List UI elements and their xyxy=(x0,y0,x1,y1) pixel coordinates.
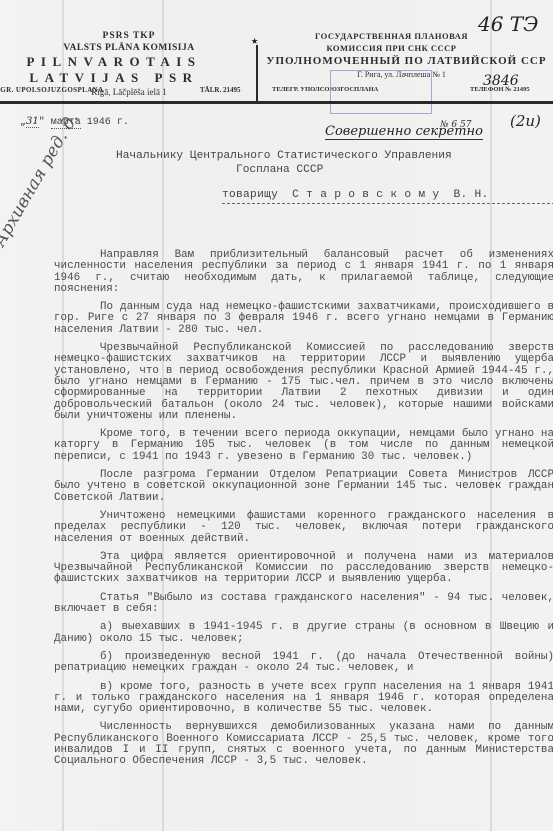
date-day: 31 xyxy=(26,116,39,128)
handwritten-margin-note: Архивная ред. д. xyxy=(0,109,83,250)
addressee-line: Госплана СССР xyxy=(236,164,553,176)
paragraph: Уничтожено немецкими фашистами коренного… xyxy=(54,511,553,545)
letterhead-line: КОМИССИЯ ПРИ СНК СССР xyxy=(230,42,553,54)
handwritten-corner-number: 46 ТЭ xyxy=(478,12,538,36)
paragraph: После разгрома Германии Отделом Репатриа… xyxy=(54,470,553,504)
letterhead-title: УПОЛНОМОЧЕННЫЙ ПО ЛАТВИЙСКОЙ ССР xyxy=(260,54,553,69)
handwritten-page-mark: (2и) xyxy=(510,112,541,130)
addressee-name: товарищу С т а р о в с к о м у В. Н. xyxy=(222,189,553,204)
paragraph: Кроме того, в течении всего периода окку… xyxy=(54,429,553,463)
letterhead-line: PSRS TKP xyxy=(0,30,258,42)
paragraph: Эта цифра является ориентировочной и пол… xyxy=(54,552,553,586)
letterhead-line: VALSTS PLĀNA KOMISIJA xyxy=(0,42,258,54)
letterhead-latvian: PSRS TKP VALSTS PLĀNA KOMISIJA PILNVAROT… xyxy=(0,30,258,99)
paragraph: По данным суда над немецко-фашистскими з… xyxy=(54,302,553,336)
paragraph: Направляя Вам приблизительный балансовый… xyxy=(54,250,553,295)
letterhead-phone: TĀLR. 21495 xyxy=(200,86,240,94)
letterhead-telegraph: TELEGR. UPOLSOJUZGOSPLANA xyxy=(0,86,104,94)
paragraph: Статья "Выбыло из состава гражданского н… xyxy=(54,593,553,616)
handwritten-registry-number: 3846 xyxy=(483,73,519,89)
date-year: 1946 xyxy=(87,117,111,128)
addressee-line: Начальнику Центрального Статистического … xyxy=(116,150,553,162)
letterhead-title: PILNVAROTAIS LATVIJAS PSR xyxy=(0,54,258,86)
paragraph: Численность вернувшихся демобилизованных… xyxy=(54,722,553,767)
letter-body: Направляя Вам приблизительный балансовый… xyxy=(54,250,553,775)
paragraph: б) произведенную весной 1941 г. (до нача… xyxy=(54,652,553,675)
document-page: PSRS TKP VALSTS PLĀNA KOMISIJA PILNVAROT… xyxy=(0,0,553,831)
paragraph: в) кроме того, разность в учете всех гру… xyxy=(54,682,553,716)
paragraph: Чрезвычайной Республиканской Комиссией п… xyxy=(54,343,553,422)
classification-mark: Совершенно секретно xyxy=(325,124,483,140)
date-suffix: г. xyxy=(117,117,129,128)
paragraph: а) выехавших в 1941-1945 г. в другие стр… xyxy=(54,622,553,645)
letterhead-rule xyxy=(0,101,553,104)
registry-stamp xyxy=(330,70,432,114)
